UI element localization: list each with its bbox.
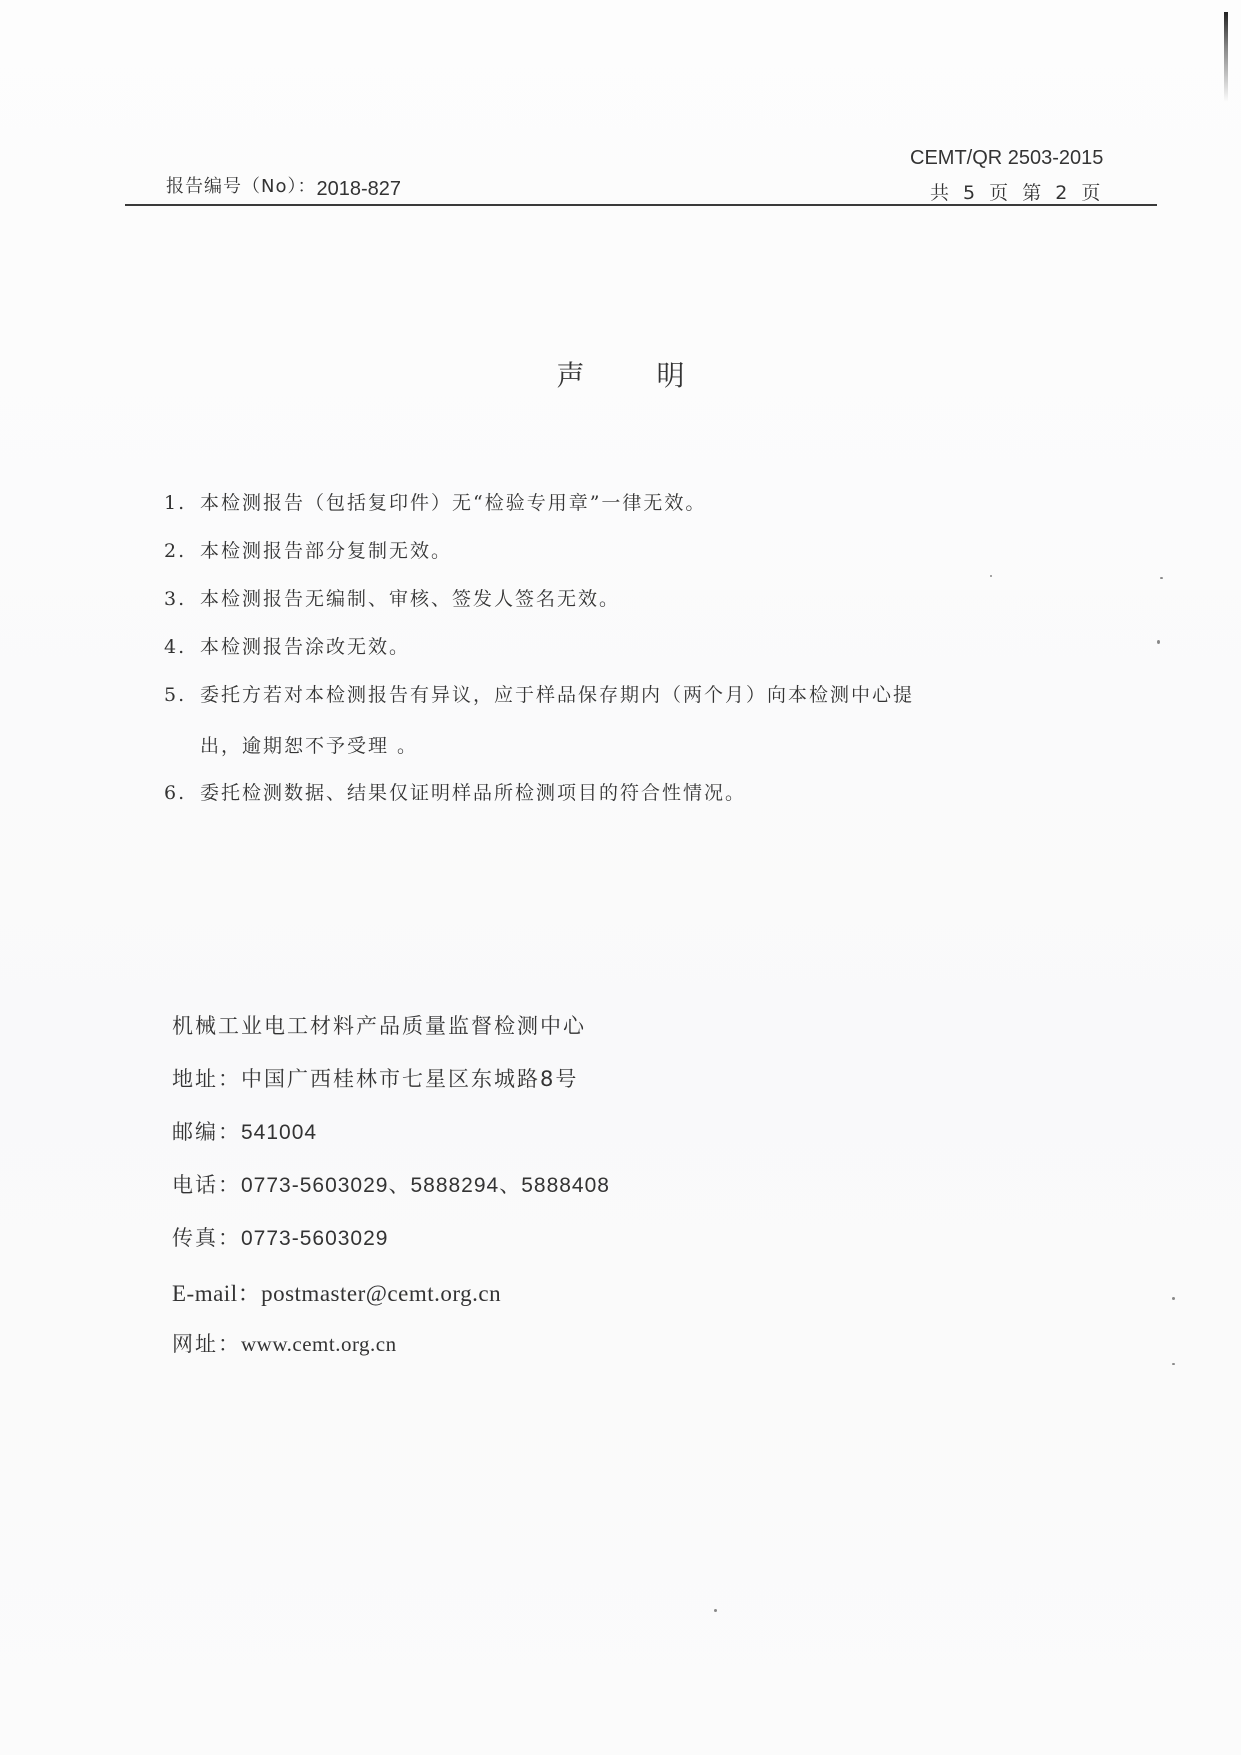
report-number: 报告编号（No）：2018-827 <box>166 172 401 198</box>
scan-speck <box>1157 640 1160 644</box>
title-char-2: 明 <box>657 359 685 392</box>
address-value: 中国广西桂林市七星区东城路8号 <box>241 1067 578 1091</box>
postcode-value: 541004 <box>241 1121 317 1144</box>
statement-text: 委托方若对本检测报告有异议，应于样品保存期内（两个月）向本检测中心提 <box>200 684 914 706</box>
statement-text: 本检测报告（包括复印件）无“检验专用章”一律无效。 <box>200 492 706 514</box>
scan-speck <box>714 1609 717 1612</box>
report-number-value: 2018-827 <box>316 178 401 200</box>
statement-text: 本检测报告部分复制无效。 <box>200 540 452 562</box>
email-label: E-mail： <box>172 1281 261 1306</box>
organization-text: 机械工业电工材料产品质量监督检测中心 <box>172 1014 586 1038</box>
statement-item: 4.本检测报告涂改无效。 <box>164 634 410 660</box>
address-label: 地址： <box>172 1067 241 1091</box>
statement-item: 1.本检测报告（包括复印件）无“检验专用章”一律无效。 <box>164 490 706 516</box>
document-page: 报告编号（No）：2018-827 CEMT/QR 2503-2015 共 5 … <box>0 0 1241 1755</box>
statement-item: 2.本检测报告部分复制无效。 <box>164 538 452 564</box>
statement-index: 2. <box>164 538 200 564</box>
scan-speck <box>990 575 992 577</box>
website-row: 网址：www.cemt.org.cn <box>172 1328 397 1358</box>
scan-speck <box>1172 1297 1175 1300</box>
title-char-1: 声 <box>556 359 584 392</box>
statement-index: 1. <box>164 490 200 516</box>
statement-text: 本检测报告涂改无效。 <box>200 636 410 658</box>
statement-index: 6. <box>164 780 200 806</box>
form-code: CEMT/QR 2503-2015 <box>910 147 1103 170</box>
postcode-label: 邮编： <box>172 1120 241 1144</box>
statement-text: 委托检测数据、结果仅证明样品所检测项目的符合性情况。 <box>200 782 746 804</box>
statement-text: 本检测报告无编制、审核、签发人签名无效。 <box>200 588 620 610</box>
statement-index: 3. <box>164 586 200 612</box>
page-info: 共 5 页 第 2 页 <box>930 178 1101 205</box>
phone-row: 电话：0773-5603029、5888294、5888408 <box>172 1169 610 1199</box>
header-divider <box>125 204 1157 206</box>
report-number-label: 报告编号（No）： <box>166 176 316 197</box>
statement-item: 5.委托方若对本检测报告有异议，应于样品保存期内（两个月）向本检测中心提 出，逾… <box>164 682 914 759</box>
statement-continuation: 出，逾期恕不予受理 。 <box>164 733 914 759</box>
page-title: 声明 <box>0 354 1241 394</box>
website-value: www.cemt.org.cn <box>241 1332 397 1356</box>
phone-value: 0773-5603029、5888294、5888408 <box>241 1174 610 1197</box>
statement-index: 5. <box>164 682 200 708</box>
statement-item: 3.本检测报告无编制、审核、签发人签名无效。 <box>164 586 620 612</box>
organization-name: 机械工业电工材料产品质量监督检测中心 <box>172 1010 586 1040</box>
address-row: 地址：中国广西桂林市七星区东城路8号 <box>172 1063 578 1093</box>
fax-row: 传真：0773-5603029 <box>172 1222 388 1252</box>
email-value: postmaster@cemt.org.cn <box>261 1281 501 1306</box>
email-row: E-mail：postmaster@cemt.org.cn <box>172 1275 501 1308</box>
scan-speck <box>1172 1363 1175 1365</box>
statement-index: 4. <box>164 634 200 660</box>
fax-value: 0773-5603029 <box>241 1227 388 1250</box>
postcode-row: 邮编：541004 <box>172 1116 317 1146</box>
scan-edge-shadow <box>1224 12 1228 102</box>
fax-label: 传真： <box>172 1226 241 1250</box>
statement-item: 6.委托检测数据、结果仅证明样品所检测项目的符合性情况。 <box>164 780 746 806</box>
phone-label: 电话： <box>172 1173 241 1197</box>
website-label: 网址： <box>172 1332 241 1356</box>
scan-speck <box>1160 577 1163 579</box>
